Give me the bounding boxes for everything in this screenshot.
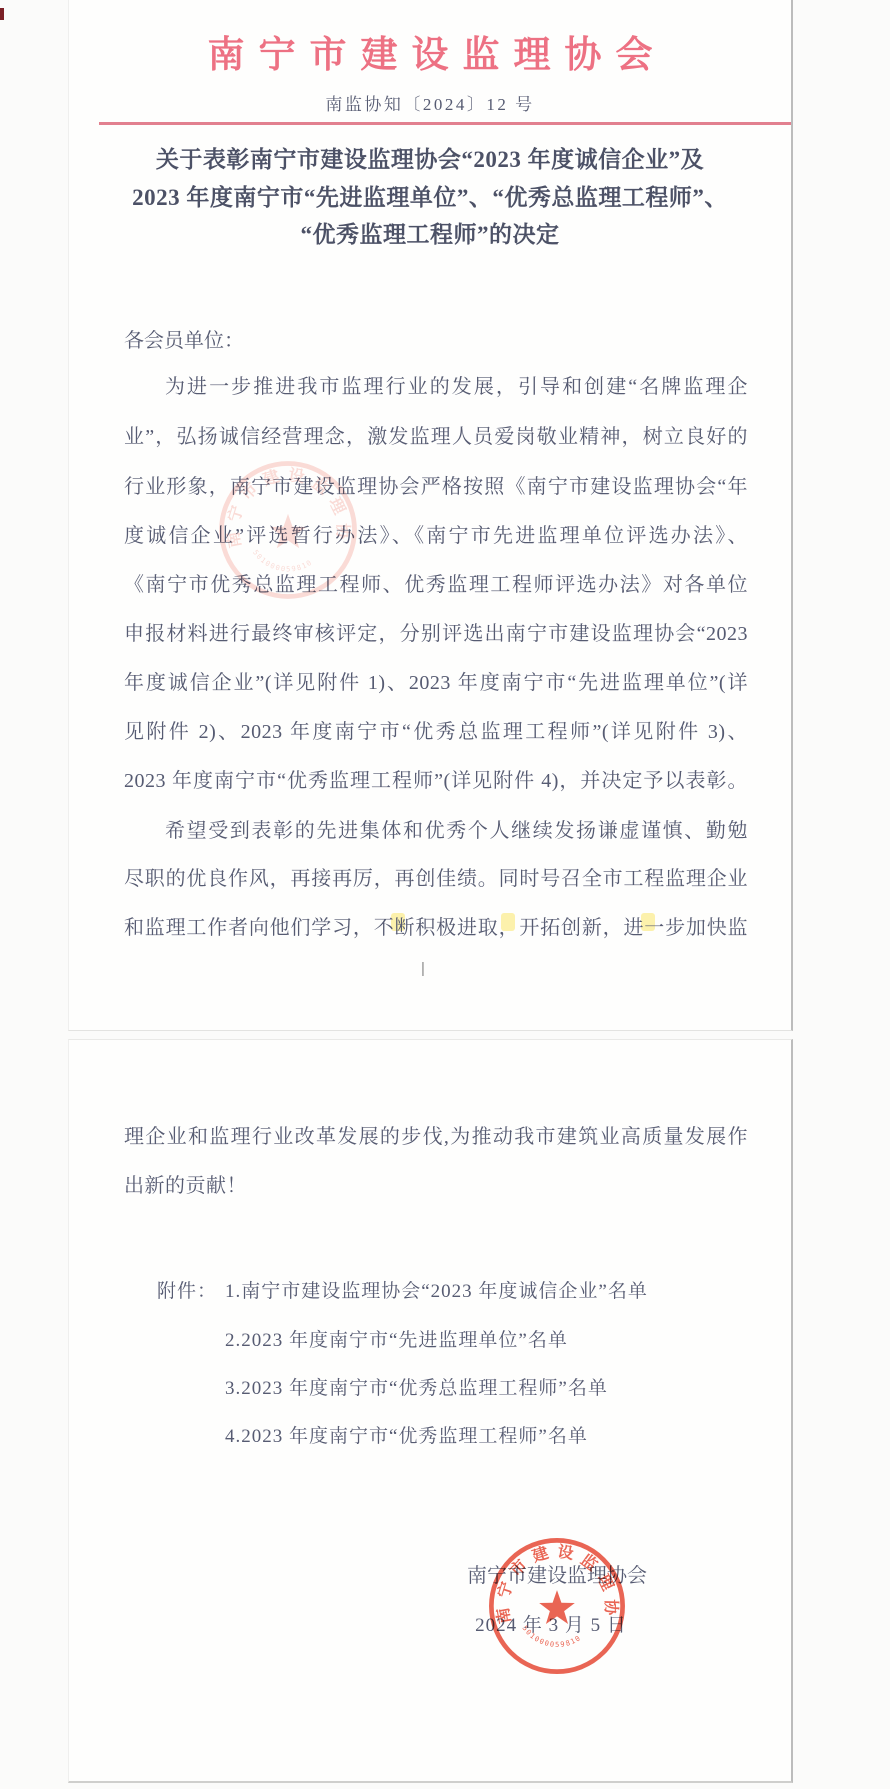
document-title-line-3: “优秀监理工程师”的决定	[69, 216, 791, 249]
body-line: 申报材料进行最终审核评定，分别评选出南宁市建设监理协会“2023	[124, 621, 748, 647]
official-seal: 南宁市建设监理协会 501000059810	[482, 1531, 632, 1681]
stray-cursor-mark: |	[421, 960, 425, 977]
document-title-line-1: 关于表彰南宁市建设监理协会“2023 年度诚信企业”及	[69, 141, 791, 174]
letterhead-org-title: 南宁市建设监理协会	[69, 24, 791, 78]
body-line: 见附件 2)、2023 年度南宁市“优秀总监理工程师”(详见附件 3)、	[124, 719, 748, 745]
document-page-1: 南宁市建设监理协会 南监协知〔2024〕12 号 关于表彰南宁市建设监理协会“2…	[68, 0, 793, 1031]
document-page-2: 理企业和监理行业改革发展的步伐,为推动我市建筑业高质量发展作 出新的贡献！ 附件…	[68, 1039, 793, 1783]
official-seal-ghost-imprint: 南宁市建设监理协会 501000059810	[212, 454, 364, 606]
body-line: 希望受到表彰的先进集体和优秀个人继续发扬谦虚谨慎、勤勉	[165, 818, 748, 844]
attachments-label: 附件：	[157, 1276, 217, 1303]
seal-serial-number: 501000059810	[251, 548, 314, 574]
attachment-item: 4.2023 年度南宁市“优秀监理工程师”名单	[225, 1421, 588, 1448]
attachment-item: 2.2023 年度南宁市“先进监理单位”名单	[225, 1325, 568, 1352]
body-line: 出新的贡献！	[124, 1173, 748, 1199]
scanned-document-viewer: 南宁市建设监理协会 南监协知〔2024〕12 号 关于表彰南宁市建设监理协会“2…	[0, 0, 890, 1789]
body-line: 尽职的优良作风，再接再厉，再创佳绩。同时号召全市工程监理企业	[124, 866, 748, 892]
body-line: 2023 年度南宁市“优秀监理工程师”(详见附件 4)，并决定予以表彰。	[124, 768, 748, 794]
seal-star-icon	[539, 1590, 575, 1624]
scan-edge-mark	[0, 8, 4, 20]
attachment-item: 1.南宁市建设监理协会“2023 年度诚信企业”名单	[225, 1276, 648, 1303]
body-line: 理企业和监理行业改革发展的步伐,为推动我市建筑业高质量发展作	[124, 1124, 748, 1150]
salutation: 各会员单位：	[124, 324, 244, 353]
letterhead-separator-rule	[99, 122, 791, 125]
body-line: 业”，弘扬诚信经营理念，激发监理人员爱岗敬业精神，树立良好的	[124, 424, 748, 450]
body-line: 年度诚信企业”(详见附件 1)、2023 年度南宁市“先进监理单位”(详	[124, 670, 748, 696]
document-number: 南监协知〔2024〕12 号	[69, 90, 791, 115]
attachment-item: 3.2023 年度南宁市“优秀总监理工程师”名单	[225, 1373, 608, 1400]
body-line: 为进一步推进我市监理行业的发展，引导和创建“名牌监理企	[165, 374, 748, 400]
seal-star-icon	[270, 514, 306, 548]
document-title-line-2: 2023 年度南宁市“先进监理单位”、“优秀总监理工程师”、	[69, 179, 791, 212]
body-line: 和监理工作者向他们学习，不断积极进取，开拓创新，进一步加快监	[124, 915, 748, 941]
seal-serial-number: 501000059810	[520, 1624, 582, 1649]
